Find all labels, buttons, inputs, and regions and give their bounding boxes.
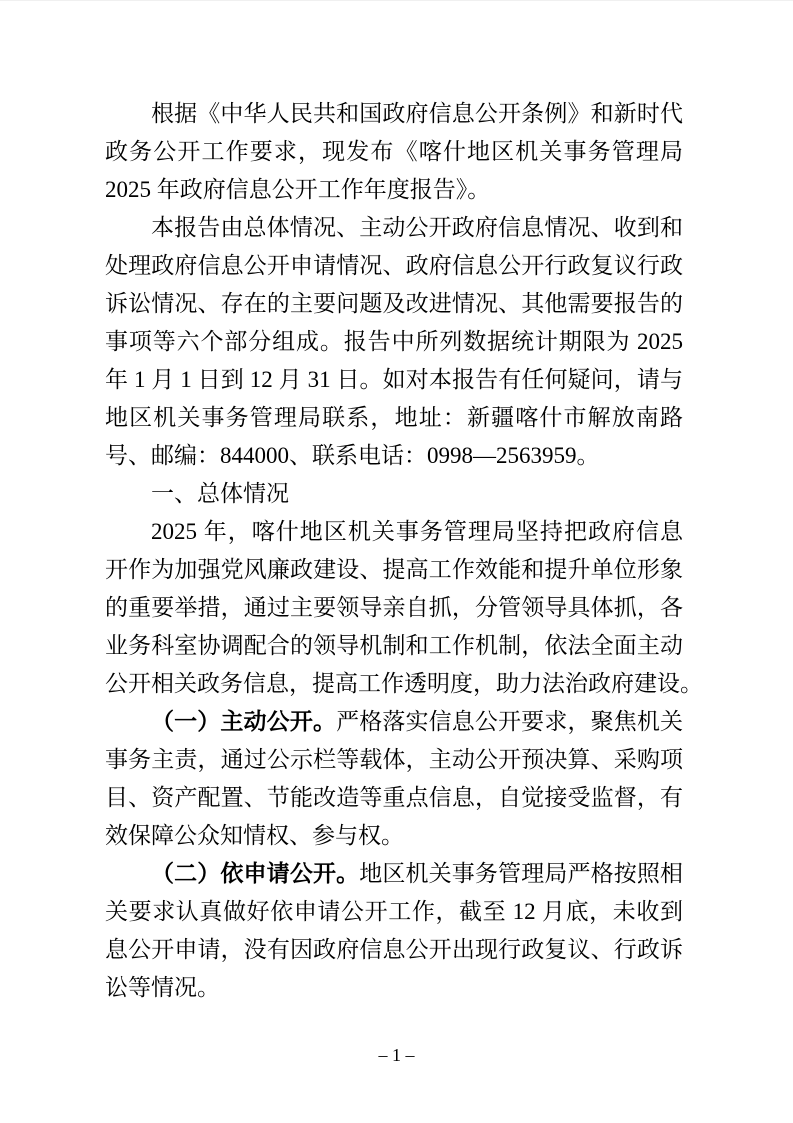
text-line: （一）主动公开。严格落实信息公开要求，聚焦机关 [105,703,683,741]
text-line: 地区机关事务管理局联系，地址：新疆喀什市解放南路 246 [105,399,683,437]
run-in-heading: （二）依申请公开。 [151,861,359,886]
text-line: 目、资产配置、节能改造等重点信息，自觉接受监督，有 [105,779,683,817]
text-line: 业务科室协调配合的领导机制和工作机制，依法全面主动 [105,627,683,665]
text-line: （二）依申请公开。地区机关事务管理局严格按照相 [105,855,683,893]
document-body: 根据《中华人民共和国政府信息公开条例》和新时代 政务公开工作要求，现发布《喀什地… [105,95,683,1007]
text-line: 2025 年，喀什地区机关事务管理局坚持把政府信息公 [105,513,683,551]
text-line: 政务公开工作要求，现发布《喀什地区机关事务管理局 [105,133,683,171]
text-line: 诉讼情况、存在的主要问题及改进情况、其他需要报告的 [105,285,683,323]
run-in-heading: （一）主动公开。 [151,709,336,734]
text-line: 关要求认真做好依申请公开工作，截至 12 月底，未收到信 [105,893,683,931]
text-line: 公开相关政务信息，提高工作透明度，助力法治政府建设。 [105,665,683,703]
text-line: 年 1 月 1 日到 12 月 31 日。如对本报告有任何疑问，请与 [105,361,683,399]
page-number: – 1 – [0,1043,793,1067]
section-heading: 一、总体情况 [105,475,683,513]
text-line: 开作为加强党风廉政建设、提高工作效能和提升单位形象 [105,551,683,589]
document-page: 根据《中华人民共和国政府信息公开条例》和新时代 政务公开工作要求，现发布《喀什地… [0,0,793,1123]
text-line: 本报告由总体情况、主动公开政府信息情况、收到和 [105,209,683,247]
text-line: 号、邮编：844000、联系电话：0998—2563959。 [105,437,683,475]
text-line: 2025 年政府信息公开工作年度报告》。 [105,171,683,209]
text-line: 的重要举措，通过主要领导亲自抓，分管领导具体抓，各 [105,589,683,627]
text-line: 事项等六个部分组成。报告中所列数据统计期限为 2025 [105,323,683,361]
text-line: 事务主责，通过公示栏等载体，主动公开预决算、采购项 [105,741,683,779]
text-line: 根据《中华人民共和国政府信息公开条例》和新时代 [105,95,683,133]
text-line: 讼等情况。 [105,969,683,1007]
text-line: 息公开申请，没有因政府信息公开出现行政复议、行政诉 [105,931,683,969]
text-line: 效保障公众知情权、参与权。 [105,817,683,855]
text-line: 处理政府信息公开申请情况、政府信息公开行政复议行政 [105,247,683,285]
